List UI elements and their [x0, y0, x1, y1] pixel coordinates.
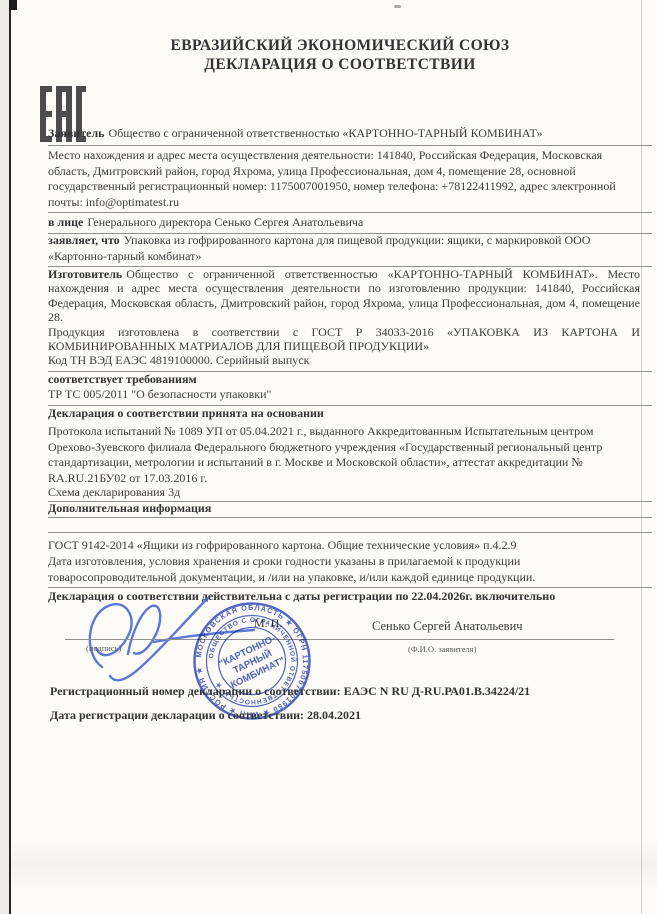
regulation-text: ТР ТС 005/2011 "О безопасности упаковки" [48, 387, 652, 402]
scan-edge-strip [0, 0, 9, 914]
title-union: ЕВРАЗИЙСКИЙ ЭКОНОМИЧЕСКИЙ СОЮЗ [30, 36, 650, 55]
scan-speck [394, 5, 401, 8]
applicant-row: ЗаявительОбщество с ограниченной ответст… [48, 126, 652, 146]
conforms-heading: соответствует требованиям [48, 372, 652, 387]
registration-date-line: Дата регистрации декларации о соответств… [50, 708, 650, 723]
registration-number-line: Регистрационный номер декларации о соотв… [50, 684, 650, 699]
address-text: Место нахождения и адрес места осуществл… [48, 148, 640, 210]
basis-heading: Декларация о соответствии принята на осн… [48, 406, 652, 422]
scan-corner-mark [9, 0, 17, 10]
declares-value: Упаковка из гофрированного картона для п… [48, 233, 590, 263]
in-person-value: Генерального директора Сенько Сергея Ана… [87, 215, 363, 229]
signature-caption: (подпись) [86, 643, 121, 653]
storage-text: Дата изготовления, условия хранения и ср… [48, 554, 640, 585]
document-header: ЕВРАЗИЙСКИЙ ЭКОНОМИЧЕСКИЙ СОЮЗ ДЕКЛАРАЦИ… [30, 36, 650, 74]
gost-row: ГОСТ 9142-2014 «Ящики из гофрированного … [48, 538, 652, 554]
protocol-row: Протокола испытаний № 1089 УП от 05.04.2… [48, 424, 652, 486]
tnved-text: Код ТН ВЭД ЕАЭС 4819100000. Серийный вып… [48, 353, 640, 367]
scheme-row: Схема декларирования 3д [48, 486, 652, 502]
in-person-row: в лицеГенерального директора Сенько Серг… [48, 215, 652, 234]
scan-shadow [11, 842, 657, 890]
manufacturer-paragraph: ИзготовительОбщество с ограниченной отве… [48, 267, 640, 325]
manufacturer-value: Общество с ограниченной ответственностью… [48, 267, 640, 324]
manufacturer-row: ИзготовительОбщество с ограниченной отве… [48, 267, 652, 372]
storage-row: Дата изготовления, условия хранения и ср… [48, 554, 652, 588]
in-person-label: в лице [48, 215, 83, 229]
additional-heading: Дополнительная информация [48, 501, 652, 518]
applicant-value: Общество с ограниченной ответственностью… [109, 126, 543, 140]
signature-line [65, 639, 614, 640]
manufacturer-label: Изготовитель [48, 267, 122, 281]
company-round-stamp: МОСКОВСКАЯ ОБЛАСТЬ ★ ОГРН 1175007001950 … [190, 599, 314, 723]
scan-edge-line [9, 0, 11, 914]
declares-row: заявляет, чтоУпаковка из гофрированного … [48, 233, 652, 267]
protocol-text: Протокола испытаний № 1089 УП от 05.04.2… [48, 424, 640, 486]
address-row: Место нахождения и адрес места осуществл… [48, 148, 652, 213]
empty-row [48, 518, 652, 533]
scanned-declaration-page: { "header": { "title_line1": "ЕВРАЗИЙСКИ… [0, 0, 657, 914]
signatory-caption: (Ф.И.О. заявителя) [408, 644, 476, 654]
production-standard-text: Продукция изготовлена в соответствии с Г… [48, 325, 640, 354]
conforms-row: соответствует требованиям ТР ТС 005/2011… [48, 372, 652, 406]
signatory-name: Сенько Сергей Анатольевич [372, 619, 523, 634]
declares-label: заявляет, что [48, 233, 120, 247]
title-declaration: ДЕКЛАРАЦИЯ О СООТВЕТСТВИИ [30, 55, 650, 74]
applicant-label: Заявитель [48, 126, 105, 140]
